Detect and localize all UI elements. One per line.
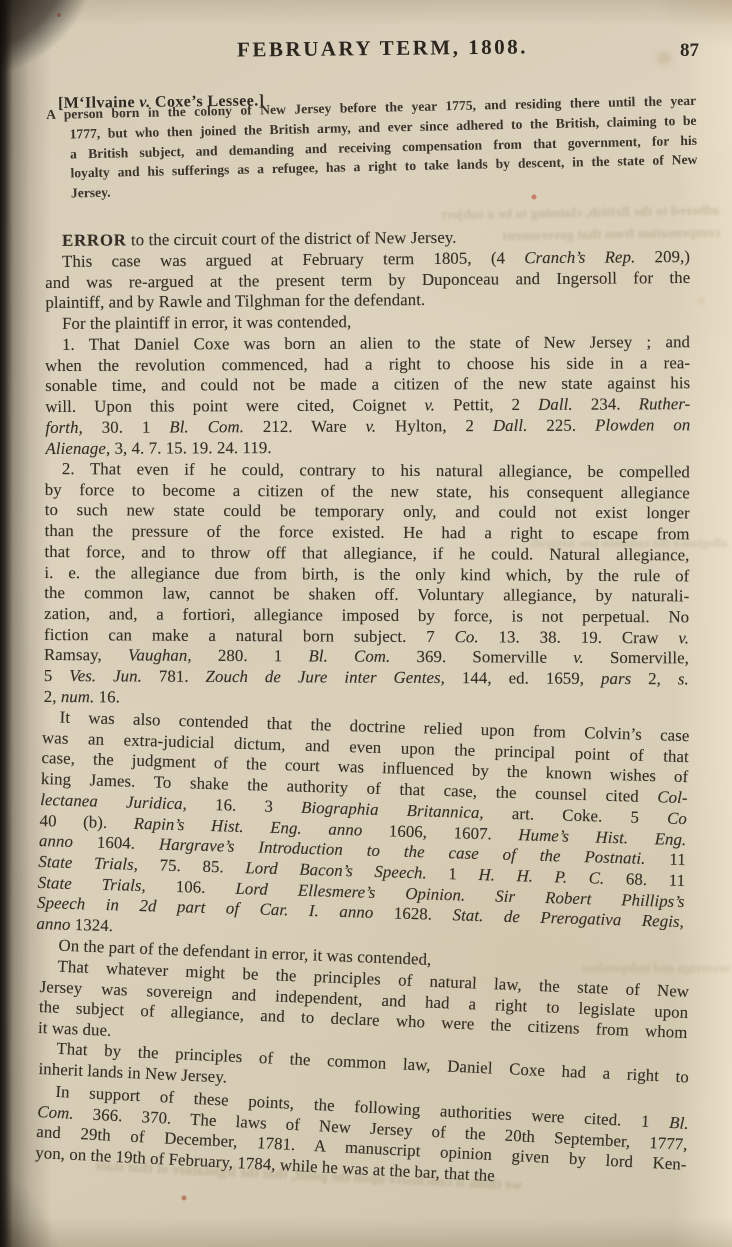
paragraph-colvins-case: It was also contended that the doctrine … xyxy=(36,707,689,954)
paragraph-point-1: 1. That Daniel Coxe was born an alien to… xyxy=(45,332,691,459)
paragraph-point-2: 2. That even if he could, contrary to hi… xyxy=(44,459,690,711)
paragraph-plaintiff-contention-intro: For the plaintiff in error, it was conte… xyxy=(45,310,690,335)
book-page: FEBRUARY TERM, 1808. 87 [M‘Ilvaine v. Co… xyxy=(0,0,732,1247)
page-number: 87 xyxy=(680,40,699,62)
paragraph-procedural-history: This case was argued at February term 18… xyxy=(45,247,690,314)
paper-stain-specks xyxy=(0,0,2,2)
opinion-body: ERROR to the circuit court of the distri… xyxy=(45,231,690,1164)
running-head: FEBRUARY TERM, 1808. xyxy=(60,33,705,65)
headnote: A person born in the colony of New Jerse… xyxy=(46,91,698,204)
